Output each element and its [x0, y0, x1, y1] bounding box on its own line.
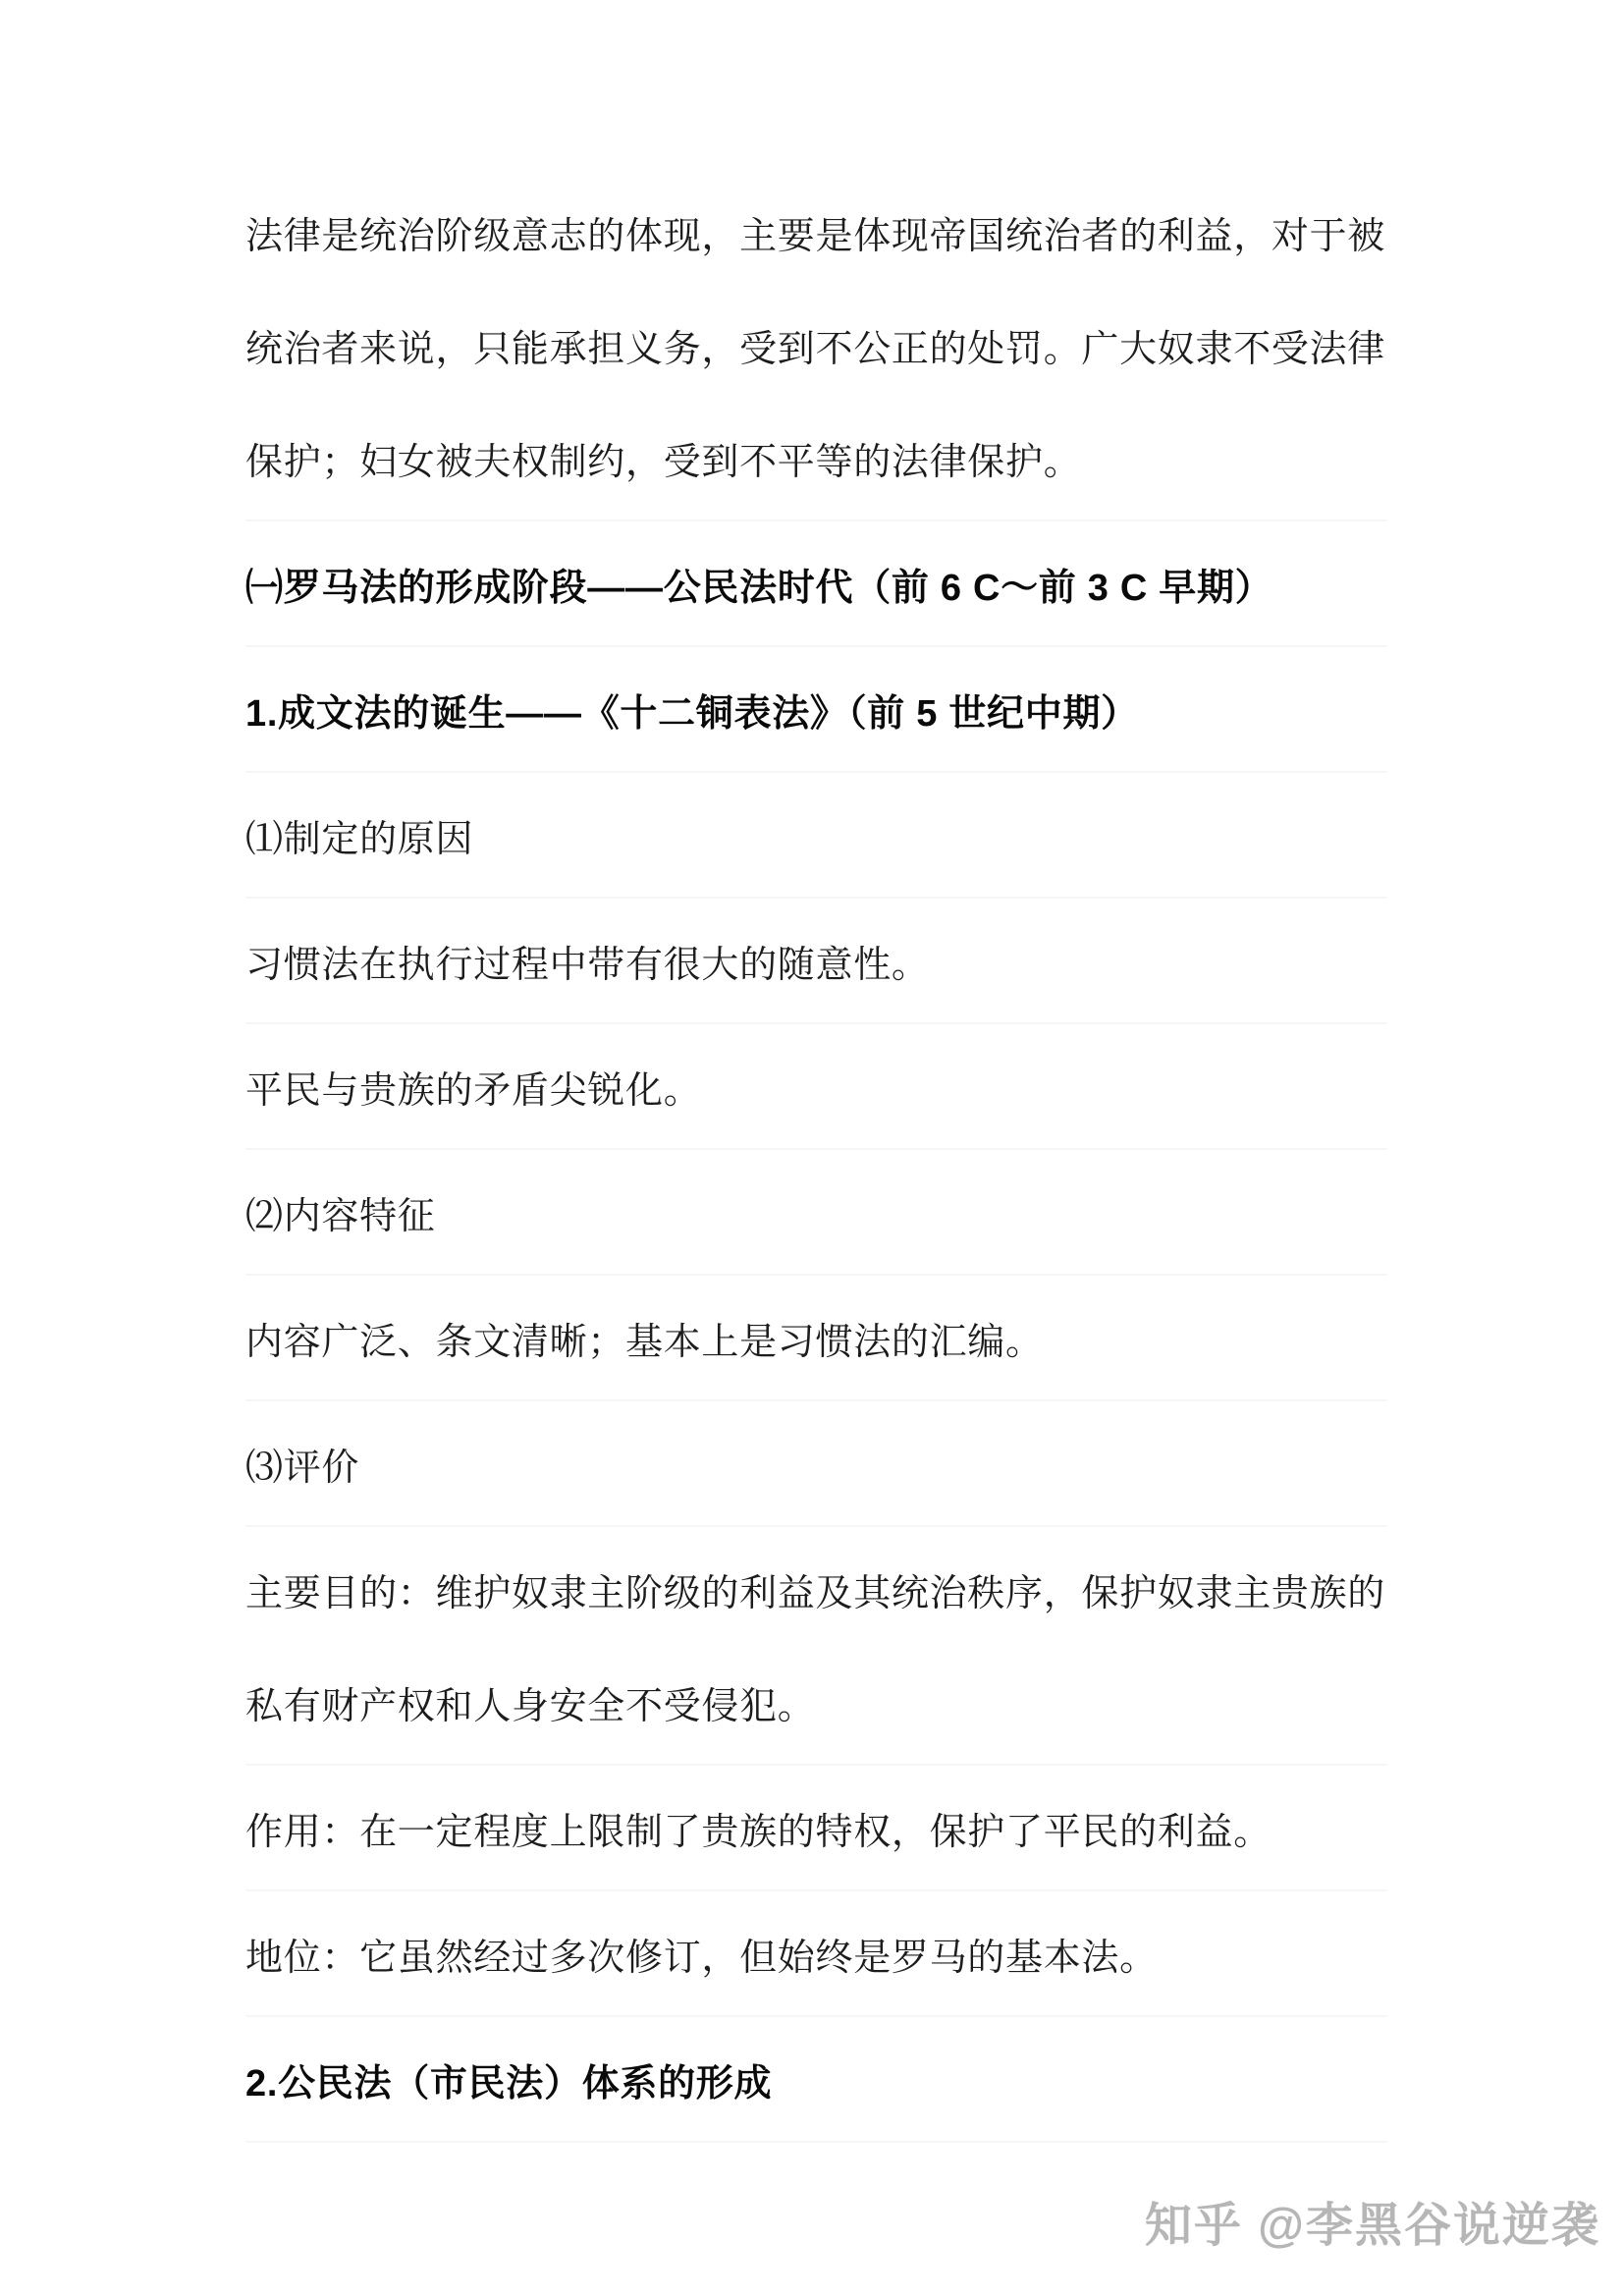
paragraph: 主要目的：维护奴隶主阶级的利益及其统治秩序，保护奴隶主贵族的私有财产权和人身安全… — [245, 1538, 1387, 1766]
section-heading: 2.公民法（市民法）体系的形成 — [245, 2028, 1387, 2143]
paragraph: 习惯法在执行过程中带有很大的随意性。 — [245, 909, 1387, 1024]
paragraph: 地位：它虽然经过多次修订，但始终是罗马的基本法。 — [245, 1902, 1387, 2017]
document-page: 法律是统治阶级意志的体现，主要是体现帝国统治者的利益，对于被统治者来说，只能承担… — [0, 0, 1623, 2296]
section-heading: ㈠罗马法的形成阶段——公民法时代（前 6 C～前 3 C 早期） — [245, 532, 1387, 647]
section-heading: 1.成文法的诞生——《十二铜表法》（前 5 世纪中期） — [245, 658, 1387, 773]
paragraph: 作用：在一定程度上限制了贵族的特权，保护了平民的利益。 — [245, 1777, 1387, 1891]
paragraph: 平民与贵族的矛盾尖锐化。 — [245, 1035, 1387, 1150]
paragraph: 内容广泛、条文清晰；基本上是习惯法的汇编。 — [245, 1286, 1387, 1401]
paragraph: ⑶评价 — [245, 1412, 1387, 1527]
paragraph: ⑴制定的原因 — [245, 784, 1387, 899]
document-body: 法律是统治阶级意志的体现，主要是体现帝国统治者的利益，对于被统治者来说，只能承担… — [245, 181, 1387, 2154]
paragraph: 法律是统治阶级意志的体现，主要是体现帝国统治者的利益，对于被统治者来说，只能承担… — [245, 181, 1387, 521]
zhihu-watermark: 知乎 @李黑谷说逆袭 — [1145, 2187, 1600, 2255]
paragraph: ⑵内容特征 — [245, 1161, 1387, 1276]
